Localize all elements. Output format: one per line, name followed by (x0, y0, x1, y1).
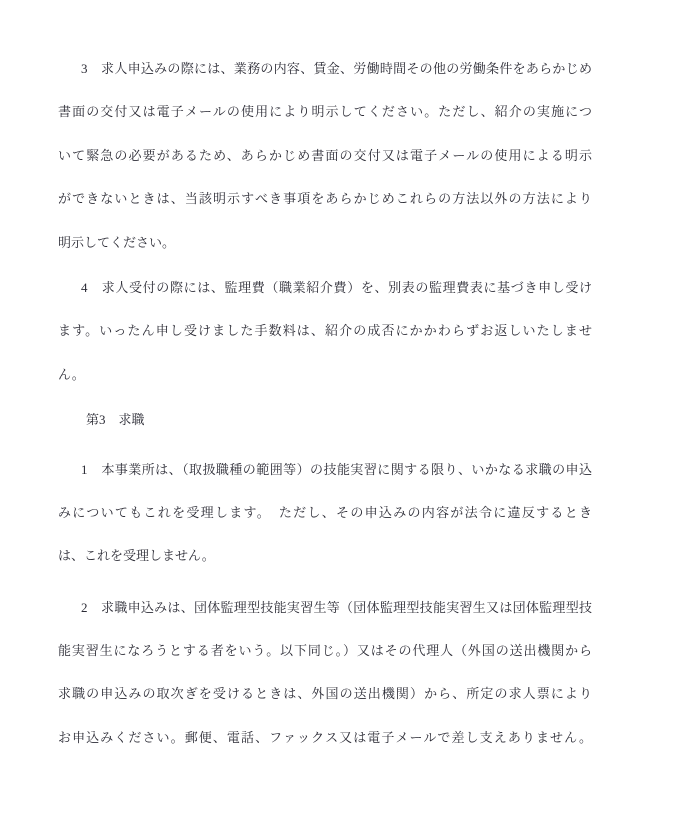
text-line: 2 求職申込みは、団体監理型技能実習生等（団体監理型技能実習生又は団体監理型技 (58, 586, 592, 629)
text-line: お申込みください。郵便、電話、ファックス又は電子メールで差し支えありません。 (58, 716, 592, 759)
text-line: みについてもこれを受理します。 ただし、その申込みの内容が法令に違反するとき (58, 491, 592, 534)
section-heading-text: 第3 求職 (58, 398, 592, 441)
text-line: 求職の申込みの取次ぎを受けるときは、外国の送出機関）から、所定の求人票により (58, 672, 592, 715)
document-page: 3 求人申込みの際には、業務の内容、賃金、労働時間その他の労働条件をあらかじめ … (0, 0, 675, 836)
text-line: ん。 (58, 353, 592, 396)
paragraph-item-2: 2 求職申込みは、団体監理型技能実習生等（団体監理型技能実習生又は団体監理型技 … (58, 586, 592, 760)
paragraph-item-3: 3 求人申込みの際には、業務の内容、賃金、労働時間その他の労働条件をあらかじめ … (58, 47, 592, 264)
text-line: ができないときは、当該明示すべき事項をあらかじめこれらの方法以外の方法により (58, 177, 592, 220)
paragraph-item-1: 1 本事業所は、（取扱職種の範囲等）の技能実習に関する限り、いかなる求職の申込 … (58, 448, 592, 578)
section-heading: 第3 求職 (58, 398, 592, 441)
text-line: 能実習生になろうとする者をいう。以下同じ。）又はその代理人（外国の送出機関から (58, 629, 592, 672)
text-line: 明示してください。 (58, 221, 592, 264)
text-line: いて緊急の必要があるため、あらかじめ書面の交付又は電子メールの使用による明示 (58, 134, 592, 177)
text-line: ます。いったん申し受けました手数料は、紹介の成否にかかわらずお返しいたしませ (58, 309, 592, 352)
text-line: 書面の交付又は電子メールの使用により明示してください。ただし、紹介の実施につ (58, 90, 592, 133)
paragraph-item-4: 4 求人受付の際には、監理費（職業紹介費）を、別表の監理費表に基づき申し受け ま… (58, 266, 592, 396)
text-line: 4 求人受付の際には、監理費（職業紹介費）を、別表の監理費表に基づき申し受け (58, 266, 592, 309)
text-line: 3 求人申込みの際には、業務の内容、賃金、労働時間その他の労働条件をあらかじめ (58, 47, 592, 90)
text-line: は、これを受理しません。 (58, 534, 592, 577)
text-line: 1 本事業所は、（取扱職種の範囲等）の技能実習に関する限り、いかなる求職の申込 (58, 448, 592, 491)
